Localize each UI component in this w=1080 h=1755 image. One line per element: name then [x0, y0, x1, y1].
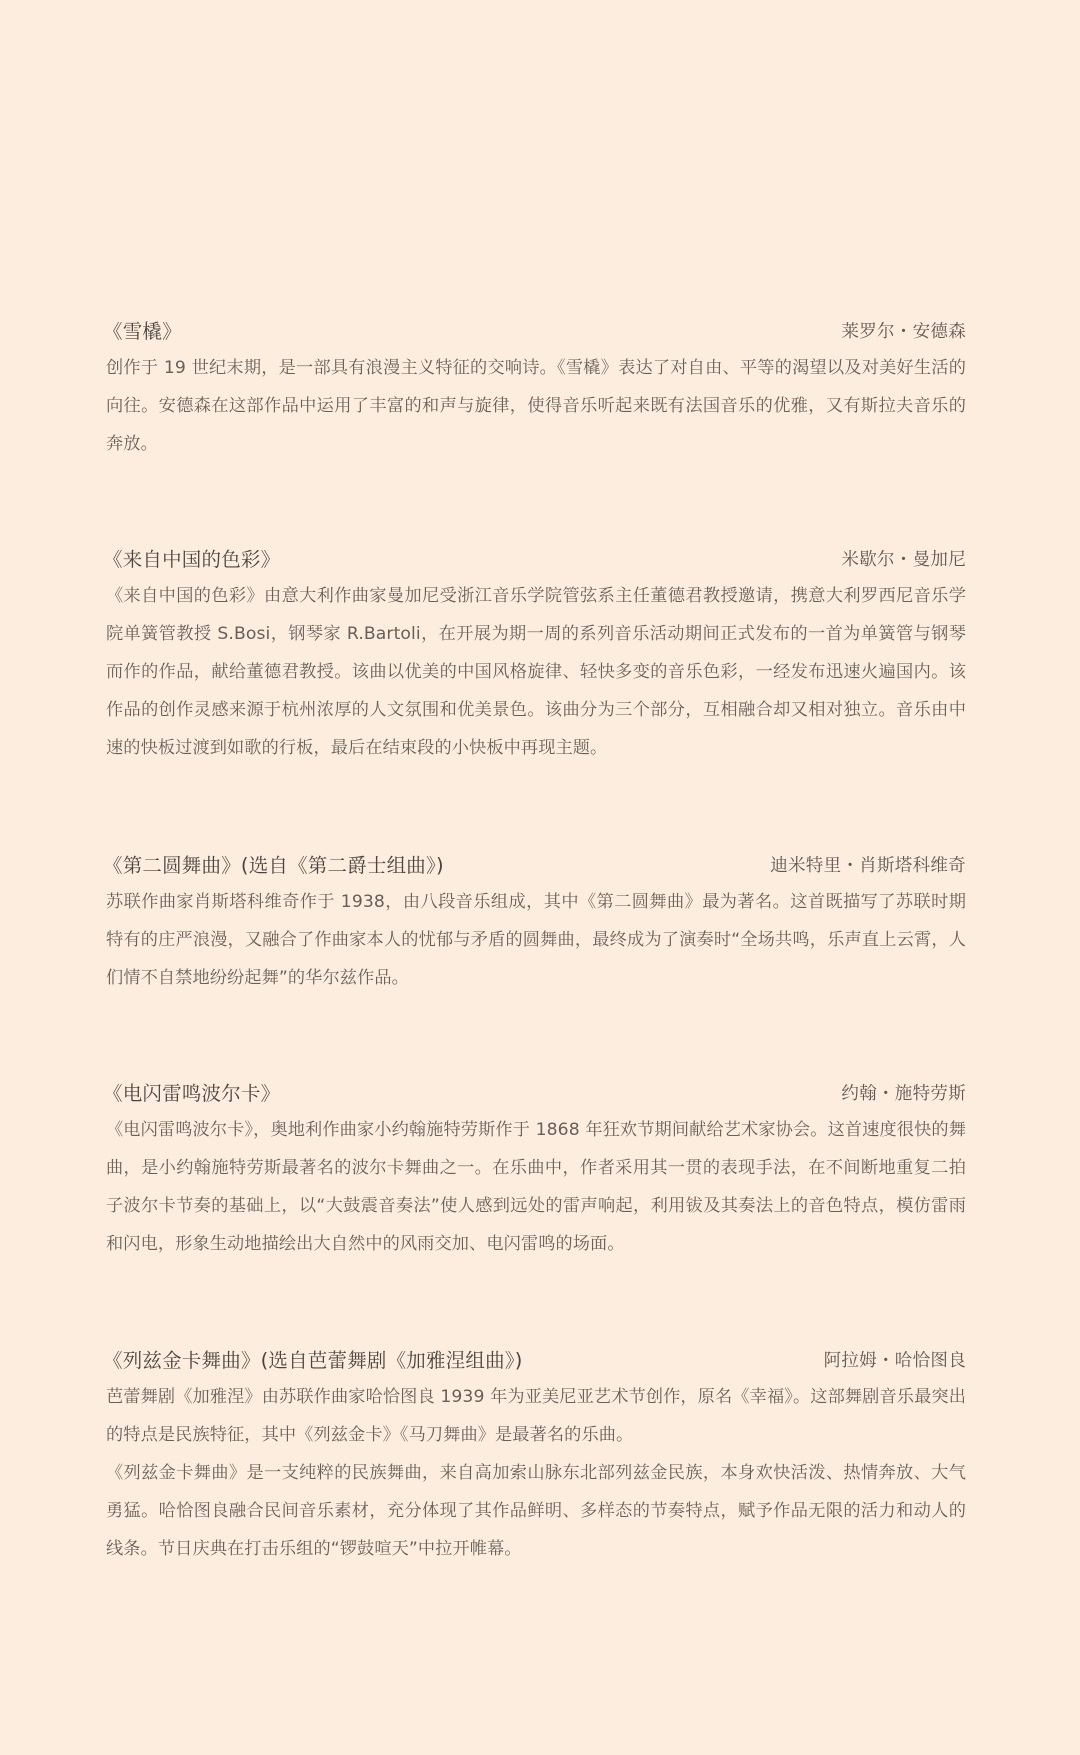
piece-composer: 米歇尔・曼加尼 — [841, 546, 966, 571]
description-paragraph: 《列兹金卡舞曲》是一支纯粹的民族舞曲，来自高加索山脉东北部列兹金民族，本身欢快活… — [106, 1454, 966, 1568]
piece-title: 《雪橇》 — [103, 316, 182, 344]
piece-composer: 约翰・施特劳斯 — [841, 1080, 966, 1105]
piece-title: 《来自中国的色彩》 — [103, 544, 280, 572]
piece-header: 《电闪雷鸣波尔卡》 约翰・施特劳斯 — [103, 1073, 966, 1111]
description-paragraph: 《电闪雷鸣波尔卡》，奥地利作曲家小约翰施特劳斯作于 1868 年狂欢节期间献给艺… — [106, 1111, 966, 1263]
piece-lezginka: 《列兹金卡舞曲》(选自芭蕾舞剧《加雅涅组曲》) 阿拉姆・哈恰图良 芭蕾舞剧《加雅… — [106, 1340, 966, 1568]
piece-composer: 迪米特里・肖斯塔科维奇 — [770, 852, 966, 877]
piece-title: 《列兹金卡舞曲》(选自芭蕾舞剧《加雅涅组曲》) — [103, 1345, 523, 1373]
piece-composer: 莱罗尔・安德森 — [841, 318, 966, 343]
piece-sleigh-ride: 《雪橇》 莱罗尔・安德森 创作于 19 世纪末期，是一部具有浪漫主义特征的交响诗… — [106, 311, 966, 463]
piece-colors-from-china: 《来自中国的色彩》 米歇尔・曼加尼 《来自中国的色彩》由意大利作曲家曼加尼受浙江… — [106, 539, 966, 767]
piece-title: 《电闪雷鸣波尔卡》 — [103, 1078, 280, 1106]
description-paragraph: 《来自中国的色彩》由意大利作曲家曼加尼受浙江音乐学院管弦系主任董德君教授邀请，携… — [106, 577, 966, 767]
piece-description: 芭蕾舞剧《加雅涅》由苏联作曲家哈恰图良 1939 年为亚美尼亚艺术节创作，原名《… — [106, 1378, 966, 1568]
piece-description: 《来自中国的色彩》由意大利作曲家曼加尼受浙江音乐学院管弦系主任董德君教授邀请，携… — [106, 577, 966, 767]
piece-title: 《第二圆舞曲》(选自《第二爵士组曲》) — [103, 850, 444, 878]
description-paragraph: 芭蕾舞剧《加雅涅》由苏联作曲家哈恰图良 1939 年为亚美尼亚艺术节创作，原名《… — [106, 1378, 966, 1454]
description-paragraph: 苏联作曲家肖斯塔科维奇作于 1938，由八段音乐组成，其中《第二圆舞曲》最为著名… — [106, 883, 966, 997]
piece-second-waltz: 《第二圆舞曲》(选自《第二爵士组曲》) 迪米特里・肖斯塔科维奇 苏联作曲家肖斯塔… — [106, 845, 966, 997]
piece-header: 《第二圆舞曲》(选自《第二爵士组曲》) 迪米特里・肖斯塔科维奇 — [103, 845, 966, 883]
piece-thunder-and-lightning-polka: 《电闪雷鸣波尔卡》 约翰・施特劳斯 《电闪雷鸣波尔卡》，奥地利作曲家小约翰施特劳… — [106, 1073, 966, 1263]
piece-header: 《雪橇》 莱罗尔・安德森 — [103, 311, 966, 349]
piece-header: 《来自中国的色彩》 米歇尔・曼加尼 — [103, 539, 966, 577]
description-paragraph: 创作于 19 世纪末期，是一部具有浪漫主义特征的交响诗。《雪橇》表达了对自由、平… — [106, 349, 966, 463]
piece-header: 《列兹金卡舞曲》(选自芭蕾舞剧《加雅涅组曲》) 阿拉姆・哈恰图良 — [103, 1340, 966, 1378]
piece-description: 创作于 19 世纪末期，是一部具有浪漫主义特征的交响诗。《雪橇》表达了对自由、平… — [106, 349, 966, 463]
piece-description: 苏联作曲家肖斯塔科维奇作于 1938，由八段音乐组成，其中《第二圆舞曲》最为著名… — [106, 883, 966, 997]
piece-composer: 阿拉姆・哈恰图良 — [824, 1347, 966, 1372]
piece-description: 《电闪雷鸣波尔卡》，奥地利作曲家小约翰施特劳斯作于 1868 年狂欢节期间献给艺… — [106, 1111, 966, 1263]
